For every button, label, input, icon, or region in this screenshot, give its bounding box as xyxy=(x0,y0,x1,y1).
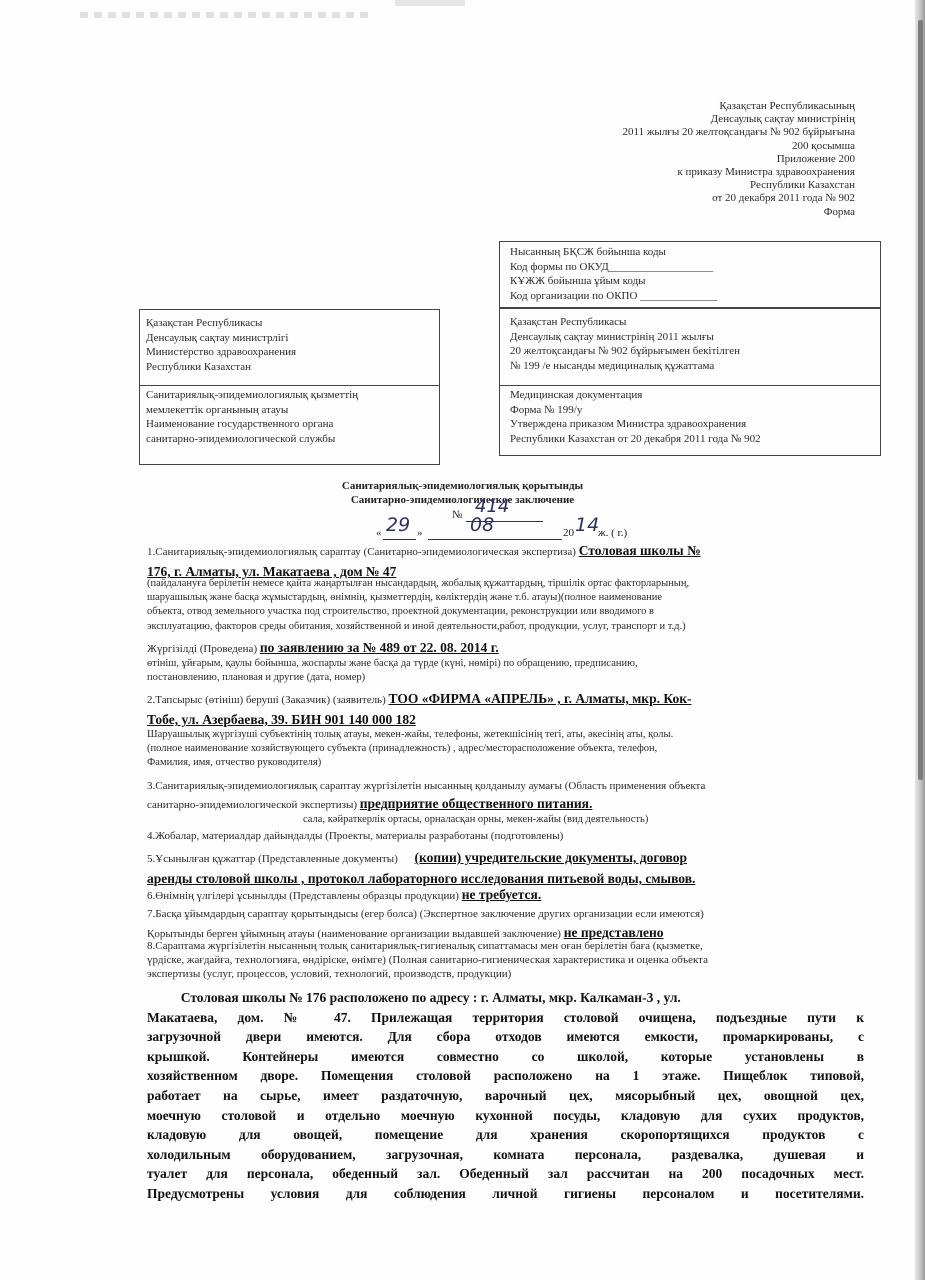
conducted-value: по заявлению за № 489 от 22. 08. 2014 г. xyxy=(260,640,499,655)
conducted-note: өтініш, ұйғарым, қаулы бойынша, жоспарлы… xyxy=(147,657,857,685)
description-paragraph: Столовая школы № 176 расположено по адре… xyxy=(147,988,864,1204)
codes-line: Код организации по ОКПО ______________ xyxy=(510,289,874,304)
section-8-label: үрдіске, жағдайға, технологияға, өндіріс… xyxy=(147,953,857,967)
codes-line: Код формы по ОКУД___________________ xyxy=(510,260,874,275)
section-3: 3.Санитариялық-эпидемиологиялық сараптау… xyxy=(147,777,857,814)
section-6: 6.Өнімнің үлгілері ұсынылды (Представлен… xyxy=(147,885,857,906)
paragraph-line: хозяйственном дворе. Помещения столовой … xyxy=(147,1066,864,1086)
header-line: Приложение 200 xyxy=(622,153,855,166)
section-2: 2.Тапсырыс (өтініш) беруші (Заказчик) (з… xyxy=(147,689,857,731)
codes-line: КҰЖЖ бойынша ұйым коды xyxy=(510,274,874,289)
paragraph-line: кладовую для овощей, помещение для хране… xyxy=(147,1125,864,1145)
approval-box-ru: Медицинская документация Форма № 199/у У… xyxy=(500,386,881,456)
section-3-label-cont: санитарно-эпидемиологической экспертизы) xyxy=(147,799,357,811)
header-line: Форма xyxy=(622,206,855,219)
section-5-value: (копии) учредительские документы, догово… xyxy=(415,850,687,865)
section-3-label: 3.Санитариялық-эпидемиологиялық сараптау… xyxy=(147,777,857,795)
appendix-header: Қазақстан Республикасының Денсаулық сақт… xyxy=(622,100,855,219)
section-7b-value: не представлено xyxy=(564,925,664,940)
section-4: 4.Жобалар, материалдар дайындалды (Проек… xyxy=(147,829,857,843)
underline xyxy=(383,539,416,540)
section-5-label: 5.Ұсынылған құжаттар (Представленные док… xyxy=(147,853,398,865)
scan-artifact xyxy=(395,0,465,6)
note-line: (полное наименование хозяйствующего субъ… xyxy=(147,742,857,756)
codes-line: Нысанның БҚСЖ бойынша коды xyxy=(510,245,874,260)
conducted-row: Жүргізілді (Проведена) по заявлению за №… xyxy=(147,639,857,658)
year-prefix: 20 xyxy=(563,527,574,539)
conducted-label: Жүргізілді (Проведена) xyxy=(147,643,257,655)
section-8: 8.Сараптама жүргізілетін нысанның толық … xyxy=(147,939,857,982)
section-4-label: 4.Жобалар, материалдар дайындалды (Проек… xyxy=(147,829,857,843)
form-codes-box: Нысанның БҚСЖ бойынша коды Код формы по … xyxy=(500,241,881,308)
approval-line: Қазақстан Республикасы xyxy=(510,315,874,330)
ministry-line: Денсаулық сақтау министрлігі xyxy=(146,331,433,346)
note-line: объекта, отвод земельного участка под ст… xyxy=(147,605,857,619)
year-handwritten: 14 xyxy=(575,514,599,536)
section-2-value: ТОО «ФИРМА «АПРЕЛЬ» , г. Алматы, мкр. Ко… xyxy=(389,691,692,706)
header-line: к приказу Министра здравоохранения xyxy=(622,166,855,179)
underline xyxy=(428,539,562,540)
paragraph-line: Предусмотрены условия для соблюдения лич… xyxy=(147,1184,864,1204)
number-label: № xyxy=(452,509,463,521)
section-7-label: 7.Басқа ұйымдардың сараптау қорытындысы … xyxy=(147,906,857,923)
section-2-value-cont: Тобе, ул. Азербаева, 39. БИН 901 140 000… xyxy=(147,712,416,727)
approval-line: № 199 /е нысанды медициналық құжаттама xyxy=(510,359,874,374)
section-8-label: 8.Сараптама жүргізілетін нысанның толық … xyxy=(147,939,857,953)
approval-line: Форма № 199/у xyxy=(510,403,874,418)
header-line: 200 қосымша xyxy=(622,140,855,153)
section-8-label: экспертизы (услуг, процессов, условий, т… xyxy=(147,967,857,981)
day-handwritten: 29 xyxy=(386,514,410,536)
section-1-value: Столовая школы № xyxy=(579,543,701,558)
scan-artifact xyxy=(80,12,370,18)
header-line: Қазақстан Республикасының xyxy=(622,100,855,113)
paragraph-line: Столовая школы № 176 расположено по адре… xyxy=(147,988,864,1008)
approval-line: Денсаулық сақтау министрінің 2011 жылғы xyxy=(510,330,874,345)
approval-box-kz: Қазақстан Республикасы Денсаулық сақтау … xyxy=(500,308,881,386)
note-line: Шаруашылық жүргізуші субъектінің толық а… xyxy=(147,728,857,742)
section-1-label: 1.Санитариялық-эпидемиологиялық сараптау… xyxy=(147,546,576,558)
paragraph-line: туалет для персонала, обеденный зал. Обе… xyxy=(147,1164,864,1184)
section-5-value-cont: аренды столовой школы , протокол лаборат… xyxy=(147,871,695,886)
quote-close: » xyxy=(417,527,423,539)
paragraph-line: моечную столовой и отдельно моечную кухо… xyxy=(147,1106,864,1126)
section-2-note: Шаруашылық жүргізуші субъектінің толық а… xyxy=(147,728,857,771)
paragraph-line: крышкой. Контейнеры имеются совместно со… xyxy=(147,1047,864,1067)
section-2-label: 2.Тапсырыс (өтініш) беруші (Заказчик) (з… xyxy=(147,694,386,706)
note-line: (пайдалануға берілетін немесе қайта жаңа… xyxy=(147,577,857,591)
section-5: 5.Ұсынылған құжаттар (Представленные док… xyxy=(147,848,857,890)
approval-line: Утверждена приказом Министра здравоохран… xyxy=(510,417,874,432)
paragraph-line: Макатаева, дом. № 47. Прилежащая террито… xyxy=(147,1008,864,1028)
note-line: эксплуатацию, факторов среды обитания, х… xyxy=(147,620,857,634)
authority-name-box: Санитариялық-эпидемиологиялық қызметтің … xyxy=(139,386,440,465)
approval-line: Медицинская документация xyxy=(510,388,874,403)
paragraph-line: загрузочной двери имеются. Для сбора отх… xyxy=(147,1027,864,1047)
section-6-label: 6.Өнімнің үлгілері ұсынылды (Представлен… xyxy=(147,890,459,902)
year-label: ж. ( г.) xyxy=(598,527,627,539)
note-line: постановлению, плановая и другие (дата, … xyxy=(147,671,857,685)
header-line: от 20 декабря 2011 года № 902 xyxy=(622,192,855,205)
note-line: өтініш, ұйғарым, қаулы бойынша, жоспарлы… xyxy=(147,657,857,671)
paragraph-line: работает на сырье, имеет раздаточную, ва… xyxy=(147,1086,864,1106)
note-line: шаруашылық және басқа жұмыстардың, өнімн… xyxy=(147,591,857,605)
section-6-value: не требуется. xyxy=(462,887,541,902)
authority-line: Наименование государственного органа xyxy=(146,417,433,432)
authority-line: Санитариялық-эпидемиологиялық қызметтің xyxy=(146,388,433,403)
authority-line: санитарно-эпидемиологической службы xyxy=(146,432,433,447)
header-line: Денсаулық сақтау министрінің xyxy=(622,113,855,126)
quote-open: « xyxy=(376,527,382,539)
ministry-line: Қазақстан Республикасы xyxy=(146,316,433,331)
section-1-note: (пайдалануға берілетін немесе қайта жаңа… xyxy=(147,577,857,634)
ministry-line: Министерство здравоохранения xyxy=(146,345,433,360)
paragraph-line: холодильным оборудованием, загрузочная, … xyxy=(147,1145,864,1165)
title-ru: Санитарно-эпидемиологическое заключение xyxy=(0,494,925,506)
scrollbar-thumb[interactable] xyxy=(918,20,923,780)
ministry-line: Республики Казахстан xyxy=(146,360,433,375)
approval-line: Республики Казахстан от 20 декабря 2011 … xyxy=(510,432,874,447)
approval-line: 20 желтоқсандағы № 902 бұйрығымен бекіті… xyxy=(510,344,874,359)
title-kz: Санитариялық-эпидемиологиялық қорытынды xyxy=(0,480,925,492)
section-3-note: сала, кәйраткерлік ортасы, орналасқан ор… xyxy=(303,813,803,827)
month-handwritten: 08 xyxy=(470,514,494,536)
note-line: Фамилия, имя, отчество руководителя) xyxy=(147,756,857,770)
section-3-value: предприятие общественного питания. xyxy=(360,796,593,811)
header-line: 2011 жылғы 20 желтоқсандағы № 902 бұйрығ… xyxy=(622,126,855,139)
ministry-box: Қазақстан Республикасы Денсаулық сақтау … xyxy=(139,309,440,386)
authority-line: мемлекеттік органының атауы xyxy=(146,403,433,418)
document-page: Қазақстан Республикасының Денсаулық сақт… xyxy=(0,0,925,1280)
header-line: Республики Казахстан xyxy=(622,179,855,192)
